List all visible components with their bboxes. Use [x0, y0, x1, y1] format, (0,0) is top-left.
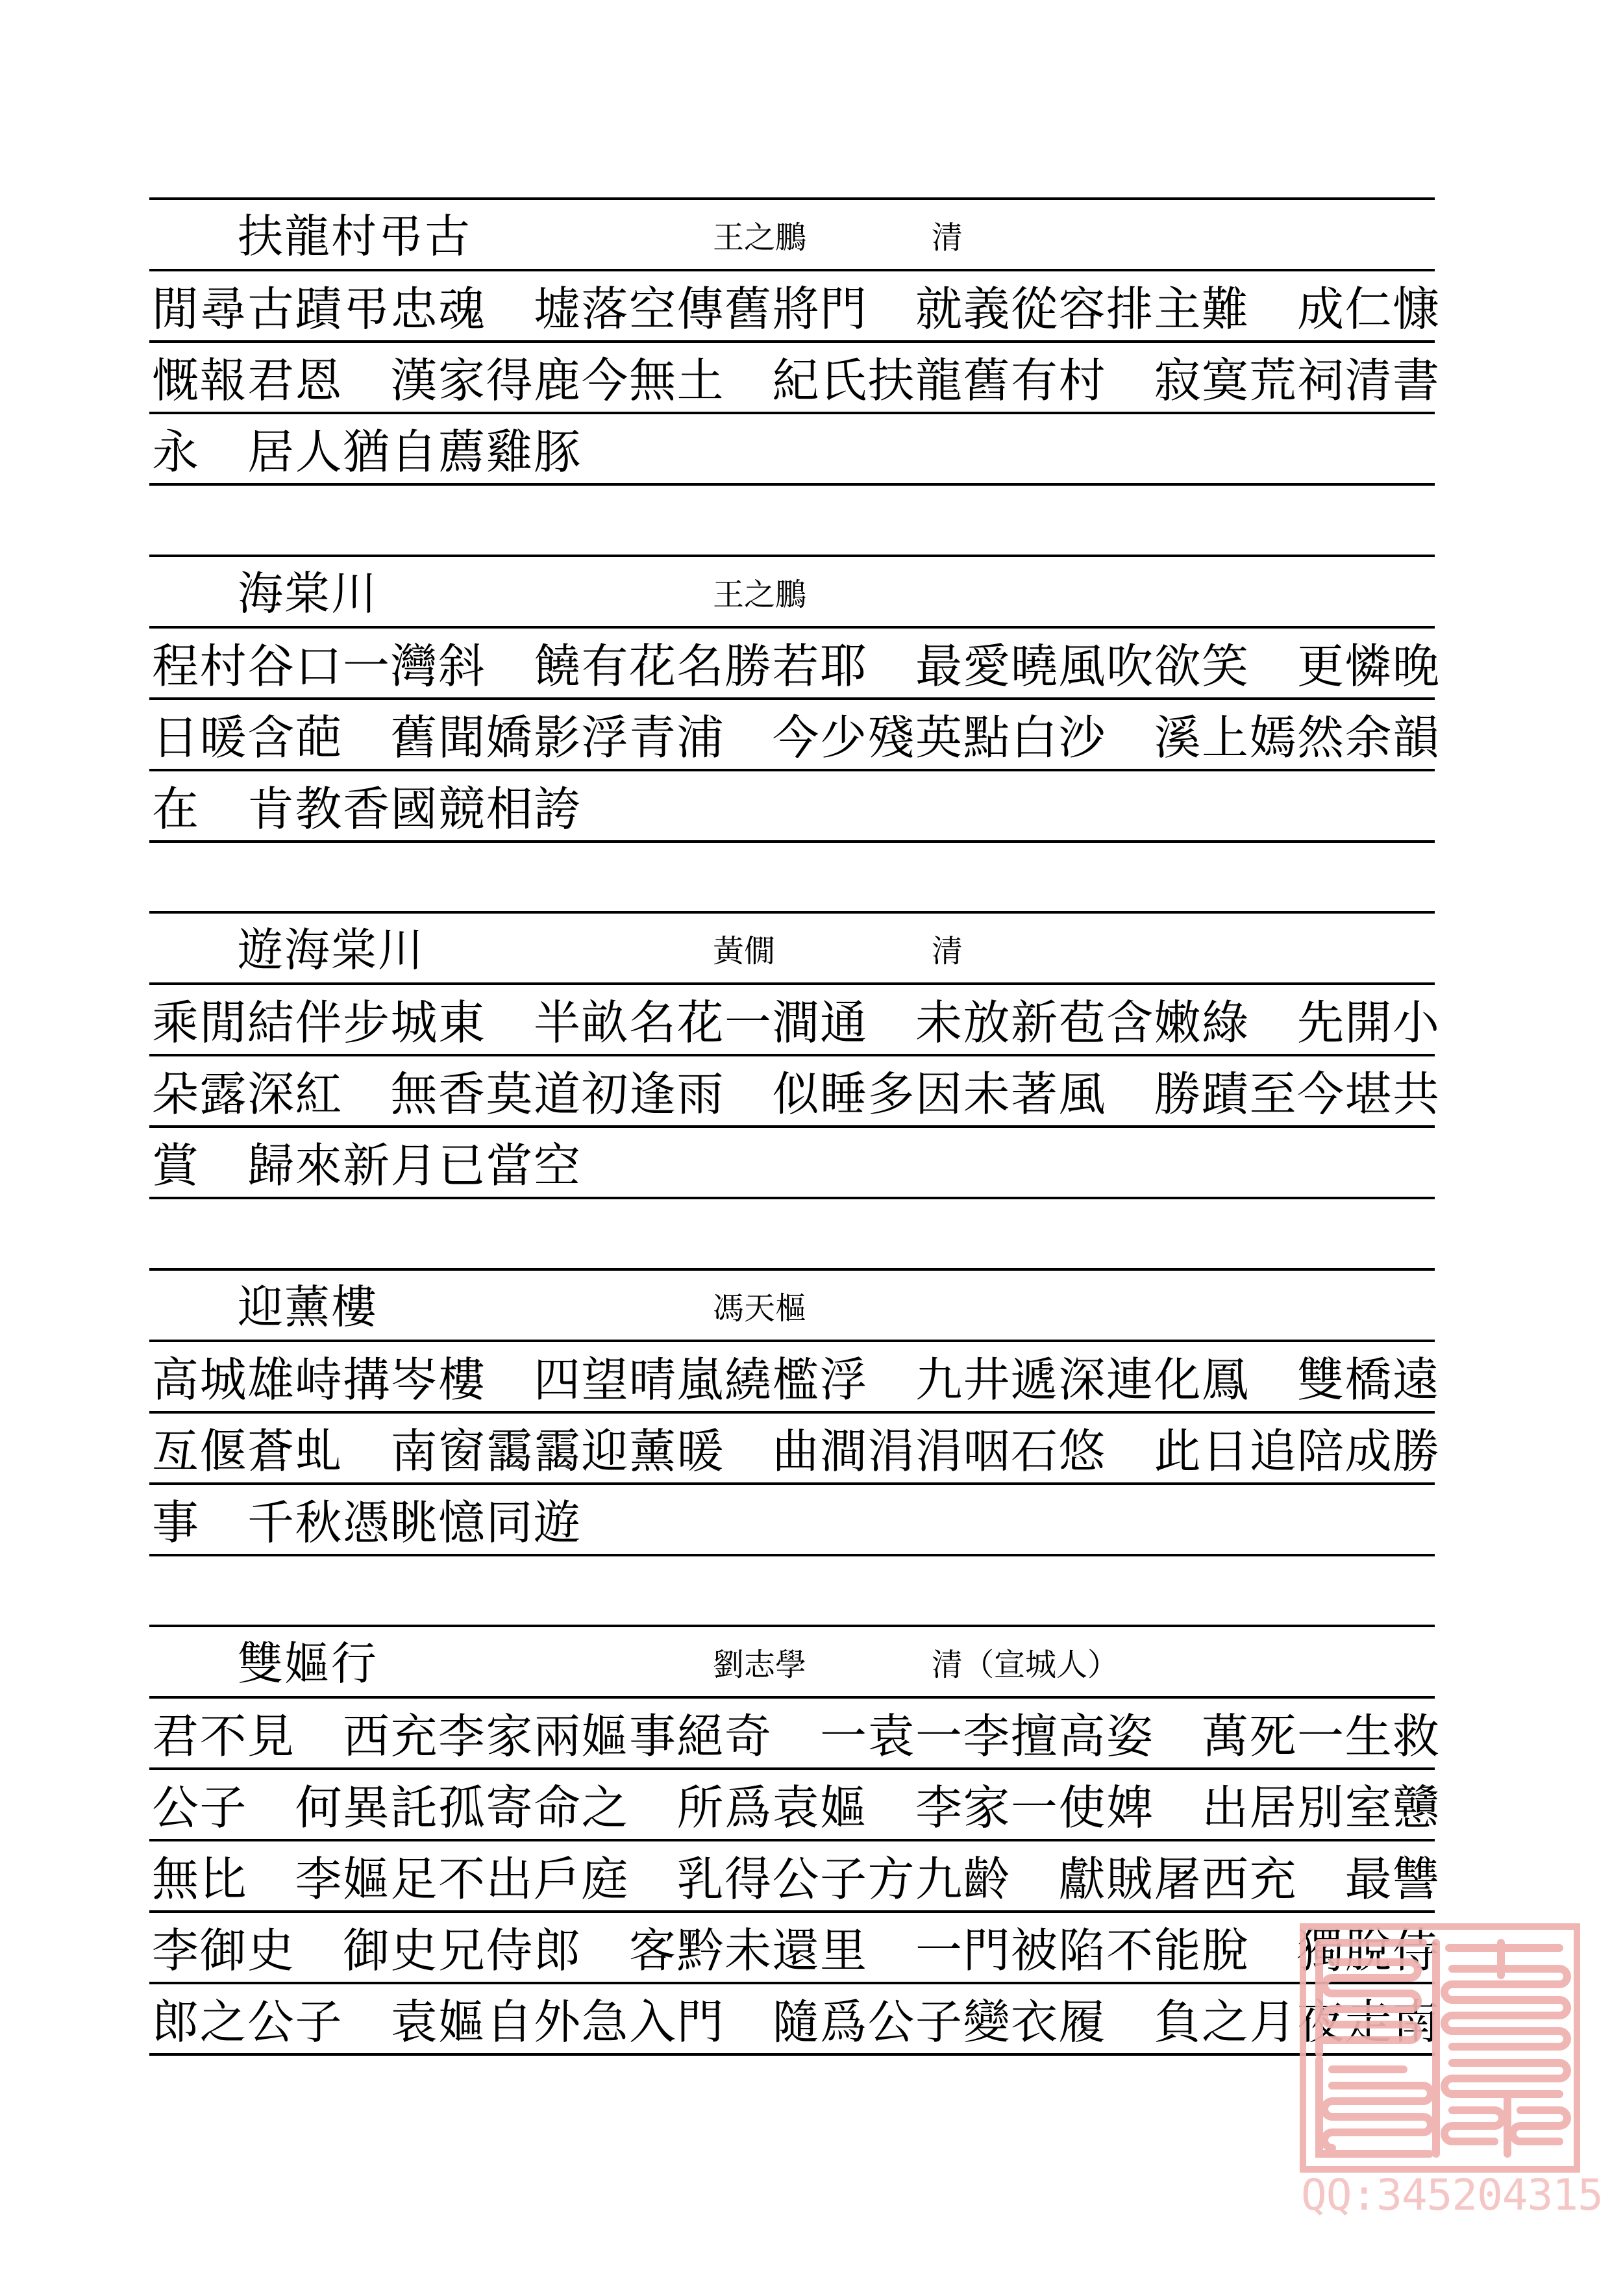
seal-stamp-icon: [1300, 1923, 1580, 2173]
poem-title: 雙嫗行: [238, 1639, 378, 1688]
poem-line-text: 朵露深紅 無香莫道初逢雨 似睡多因未著風 勝蹟至今堪共: [152, 1068, 1441, 1120]
poem-line: 慨報君恩 漢家得鹿今無土 紀氏扶龍舊有村 寂寞荒祠清書: [149, 340, 1435, 412]
poem-line: 亙偃蒼虬 南窗靄靄迎薰暖 曲澗涓涓咽石悠 此日追陪成勝: [149, 1411, 1435, 1482]
poem-line-text: 亙偃蒼虬 南窗靄靄迎薰暖 曲澗涓涓咽石悠 此日追陪成勝: [152, 1425, 1441, 1477]
rule-divider: [149, 840, 1435, 843]
poem-line-text: 閒尋古蹟弔忠魂 墟落空傳舊將門 就義從容排主難 成仁慷: [152, 283, 1441, 335]
poem-line: 賞 歸來新月已當空: [149, 1125, 1435, 1197]
poem-section: 海棠川 王之鵬 程村谷口一灣斜 饒有花名勝若耶 最愛曉風吹欲笑 更憐晚 日暖含葩…: [149, 555, 1435, 843]
poem-line: 無比 李嫗足不出戶庭 乳得公子方九齡 獻賊屠西充 最讐: [149, 1839, 1435, 1910]
poem-line-text: 無比 李嫗足不出戶庭 乳得公子方九齡 獻賊屠西充 最讐: [152, 1853, 1441, 1905]
rule-divider: [149, 1197, 1435, 1199]
poem-line-text: 在 肯教香國競相誇: [152, 783, 582, 835]
poem-line-text: 公子 何異託孤寄命之 所爲袁嫗 李家一使婢 出居別室戇: [152, 1782, 1441, 1834]
poem-line-text: 賞 歸來新月已當空: [152, 1140, 582, 1192]
poem-author: 黃僩: [713, 933, 775, 969]
rule-divider: [149, 2053, 1435, 2056]
poem-line-text: 高城雄峙搆岑樓 四望晴嵐繞檻浮 九井遞深連化鳳 雙橋遠: [152, 1354, 1441, 1406]
document-page: 扶龍村弔古 王之鵬 清 閒尋古蹟弔忠魂 墟落空傳舊將門 就義從容排主難 成仁慷 …: [0, 0, 1623, 2296]
poem-dynasty: 清: [932, 219, 963, 256]
poem-header: 扶龍村弔古 王之鵬 清: [149, 197, 1435, 269]
poem-line: 公子 何異託孤寄命之 所爲袁嫗 李家一使婢 出居別室戇: [149, 1767, 1435, 1839]
poem-header: 遊海棠川 黃僩 清: [149, 911, 1435, 982]
poem-line: 乘閒結伴步城東 半畝名花一澗通 未放新苞含嫩綠 先開小: [149, 982, 1435, 1054]
poem-header: 雙嫗行 劉志學 清（宣城人）: [149, 1625, 1435, 1696]
poem-line: 永 居人猶自薦雞豚: [149, 412, 1435, 483]
poem-line: 朵露深紅 無香莫道初逢雨 似睡多因未著風 勝蹟至今堪共: [149, 1054, 1435, 1125]
poem-author: 王之鵬: [713, 577, 806, 613]
poem-section: 迎薰樓 馮天樞 高城雄峙搆岑樓 四望晴嵐繞檻浮 九井遞深連化鳳 雙橋遠 亙偃蒼虬…: [149, 1268, 1435, 1556]
poem-author: 劉志學: [713, 1647, 806, 1683]
poem-line-text: 君不見 西充李家兩嫗事絕奇 一袁一李擅高姿 萬死一生救: [152, 1710, 1441, 1762]
poem-line: 君不見 西充李家兩嫗事絕奇 一袁一李擅高姿 萬死一生救: [149, 1696, 1435, 1767]
poem-dynasty: 清: [932, 933, 963, 969]
rule-divider: [149, 483, 1435, 486]
poem-title: 海棠川: [238, 569, 378, 618]
poem-line: 高城雄峙搆岑樓 四望晴嵐繞檻浮 九井遞深連化鳳 雙橋遠: [149, 1340, 1435, 1411]
poem-line: 在 肯教香國競相誇: [149, 769, 1435, 840]
poem-author: 王之鵬: [713, 219, 806, 256]
poem-line: 日暖含葩 舊聞嬌影浮青浦 今少殘英點白沙 溪上嫣然余韻: [149, 697, 1435, 769]
poem-dynasty: 清（宣城人）: [932, 1647, 1119, 1683]
poem-title: 遊海棠川: [238, 925, 425, 975]
poem-line: 事 千秋憑眺憶同遊: [149, 1482, 1435, 1554]
poem-section: 遊海棠川 黃僩 清 乘閒結伴步城東 半畝名花一澗通 未放新苞含嫩綠 先開小 朵露…: [149, 911, 1435, 1199]
poem-section: 雙嫗行 劉志學 清（宣城人） 君不見 西充李家兩嫗事絕奇 一袁一李擅高姿 萬死一…: [149, 1625, 1435, 2056]
poem-line: 閒尋古蹟弔忠魂 墟落空傳舊將門 就義從容排主難 成仁慷: [149, 269, 1435, 340]
watermark-text: QQ:345204315: [1301, 2173, 1603, 2218]
poem-line: 郎之公子 袁嫗自外急入門 隨爲公子變衣履 負之月夜走南: [149, 1982, 1435, 2053]
poem-author: 馮天樞: [713, 1290, 806, 1327]
poem-line-text: 永 居人猶自薦雞豚: [152, 426, 582, 478]
poem-line: 程村谷口一灣斜 饒有花名勝若耶 最愛曉風吹欲笑 更憐晚: [149, 626, 1435, 697]
poem-title: 扶龍村弔古: [238, 212, 471, 261]
poem-section: 扶龍村弔古 王之鵬 清 閒尋古蹟弔忠魂 墟落空傳舊將門 就義從容排主難 成仁慷 …: [149, 197, 1435, 486]
poem-title: 迎薰樓: [238, 1282, 378, 1332]
poem-line-text: 李御史 御史兄侍郎 客黔未還里 一門被陷不能脫 獨脫侍: [152, 1925, 1441, 1977]
rule-divider: [149, 1554, 1435, 1556]
poem-header: 迎薰樓 馮天樞: [149, 1268, 1435, 1340]
poem-line-text: 郎之公子 袁嫗自外急入門 隨爲公子變衣履 負之月夜走南: [152, 1996, 1441, 2048]
poem-line-text: 慨報君恩 漢家得鹿今無土 紀氏扶龍舊有村 寂寞荒祠清書: [152, 355, 1441, 406]
poem-line-text: 事 千秋憑眺憶同遊: [152, 1497, 582, 1549]
poem-header: 海棠川 王之鵬: [149, 555, 1435, 626]
poem-line-text: 日暖含葩 舊聞嬌影浮青浦 今少殘英點白沙 溪上嫣然余韻: [152, 712, 1441, 764]
poem-line-text: 程村谷口一灣斜 饒有花名勝若耶 最愛曉風吹欲笑 更憐晚: [152, 640, 1441, 692]
poem-line-text: 乘閒結伴步城東 半畝名花一澗通 未放新苞含嫩綠 先開小: [152, 997, 1441, 1049]
poem-line: 李御史 御史兄侍郎 客黔未還里 一門被陷不能脫 獨脫侍: [149, 1910, 1435, 1982]
